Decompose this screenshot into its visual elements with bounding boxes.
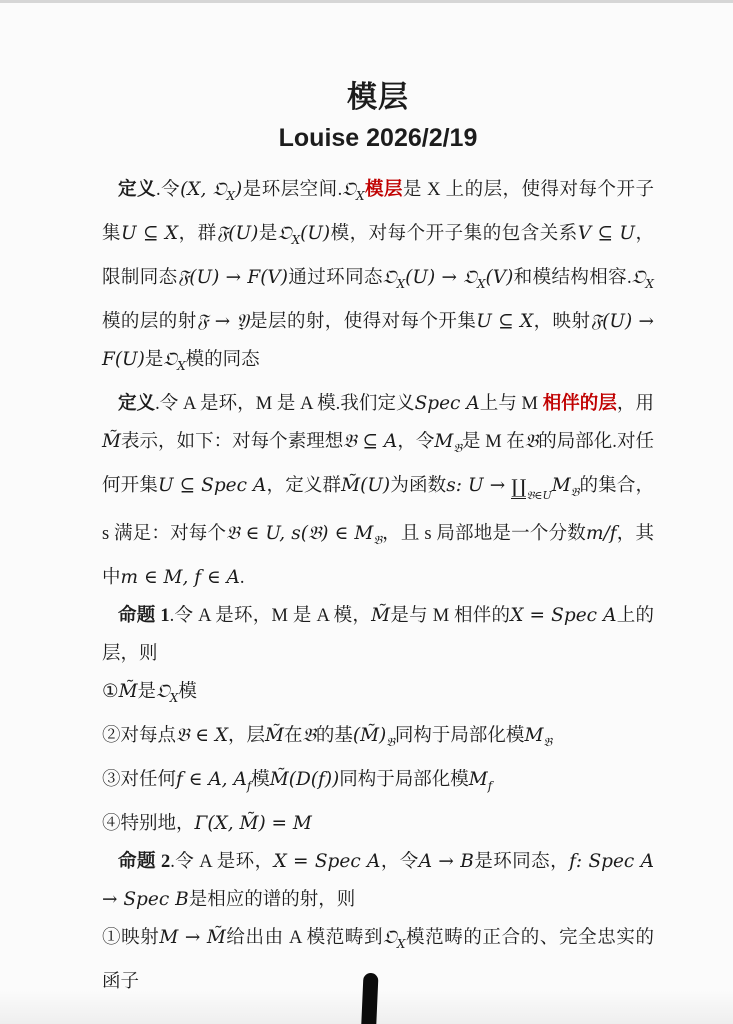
run-m: 𝔅 ∈ U, s(𝔅) ∈ M <box>226 523 373 544</box>
run-cn: 模的同态 <box>186 350 260 370</box>
run-bold: 命题 1 <box>118 606 170 626</box>
run-cn: 是层的射，使得对每个开集 <box>249 312 477 332</box>
run-sub: X <box>177 359 186 373</box>
run-m: 𝔅 ∈ X <box>176 725 228 746</box>
run-cn: ① <box>102 682 119 702</box>
run-m: 𝔅 <box>525 431 538 452</box>
run-m: 𝔉(U) → F(V) <box>178 267 288 288</box>
run-m: V ⊆ U <box>578 223 635 244</box>
run-bold: 命题 2 <box>118 852 170 872</box>
run-m: M̃ <box>119 681 138 702</box>
run-bold: 定义 <box>118 180 156 200</box>
run-sub: X <box>356 189 365 203</box>
run-cn: 给出由 A 模范畴到 <box>226 928 383 948</box>
run-sub: X <box>645 277 654 291</box>
prop1-item-1: ①M̃是𝔒X模 <box>102 673 654 717</box>
run-m: m/f <box>586 523 617 544</box>
run-m: (M̃) <box>353 725 386 746</box>
run-cn: 模 <box>251 770 270 790</box>
run-m: 𝔒 <box>342 179 356 200</box>
document-page: 模层 Louise 2026/2/19 定义.令(X, 𝔒X)是环层空间.𝔒X模… <box>0 0 733 1024</box>
run-cn: ④特别地， <box>102 814 195 834</box>
run-sub: X <box>477 277 486 291</box>
run-m: M <box>552 475 571 496</box>
run-m: 𝔒 <box>156 681 170 702</box>
run-cn: 为函数 <box>390 476 446 496</box>
run-m: (X, 𝔒 <box>180 179 226 200</box>
run-cn: ，层 <box>228 726 265 746</box>
run-cn: ②对每点 <box>102 726 176 746</box>
run-m: U ⊆ Spec A <box>158 475 266 496</box>
run-cn: ③对任何 <box>102 770 176 790</box>
run-m: M̃(D(f)) <box>270 769 340 790</box>
prop1-item-2: ②对每点𝔅 ∈ X，层M̃在𝔅的基(M̃)𝔅同构于局部化模M𝔅 <box>102 717 654 761</box>
coproduct-symbol: ∐𝔅∈U <box>511 476 551 496</box>
run-m: s: U → <box>446 475 511 496</box>
run-cn: 和模结构相容. <box>513 268 631 288</box>
prop2-item-1: ①映射M → M̃给出由 A 模范畴到𝔒X模范畴的正合的、完全忠实的函子 <box>102 919 654 1001</box>
run-cn: 模，对每个开子集的包含关系 <box>330 224 578 244</box>
document-content: 模层 Louise 2026/2/19 定义.令(X, 𝔒X)是环层空间.𝔒X模… <box>102 79 654 1001</box>
run-m: M → M̃ <box>159 927 225 948</box>
run-m: M <box>434 431 453 452</box>
run-cn: 同构于局部化模 <box>339 770 469 790</box>
run-m: Γ(X, M̃) = M <box>195 813 312 834</box>
run-m: 𝔒 <box>383 927 397 948</box>
ink-mark-artifact <box>361 973 379 1024</box>
run-cn: 是 <box>258 224 278 244</box>
run-bold: 定义 <box>118 394 155 414</box>
run-red: 相伴的层 <box>543 394 617 414</box>
run-cn: .令 A 是环， <box>170 852 273 872</box>
run-m: M <box>524 725 543 746</box>
run-cn: 表示，如下：对每个素理想 <box>121 432 343 452</box>
run-m: m ∈ M, f ∈ A <box>121 567 240 588</box>
run-m: 𝔒 <box>632 267 646 288</box>
run-red: 模层 <box>365 180 403 200</box>
document-body: 定义.令(X, 𝔒X)是环层空间.𝔒X模层是 X 上的层，使得对每个开子集U ⊆… <box>102 171 654 1001</box>
page-title: 模层 <box>102 79 654 117</box>
run-m: M̃ <box>102 431 121 452</box>
run-cn: ，用 <box>617 394 654 414</box>
run-cn: 是环层空间. <box>242 180 342 200</box>
prop1-item-4: ④特别地，Γ(X, M̃) = M <box>102 805 654 843</box>
run-cn: .令 <box>156 180 180 200</box>
run-sub: 𝔅 <box>453 441 462 455</box>
run-m: (U) → 𝔒 <box>405 267 477 288</box>
run-cn: 是与 M 相伴的 <box>390 606 510 626</box>
run-cn: ，令 <box>397 432 434 452</box>
run-m: M̃ <box>371 605 390 626</box>
run-m: U ⊆ X <box>121 223 178 244</box>
run-m: 𝔅 ⊆ A <box>343 431 397 452</box>
run-cn: ，且 s 局部地是一个分数 <box>382 524 586 544</box>
run-m: X = Spec A <box>510 605 616 626</box>
run-sub: X <box>397 277 406 291</box>
run-m: 𝔅 <box>302 725 315 746</box>
run-sub: X <box>226 189 235 203</box>
run-m: Spec A <box>415 393 480 414</box>
run-sub: 𝔅 <box>543 735 552 749</box>
run-cn: ，映射 <box>533 312 590 332</box>
run-cn: 在 <box>284 726 303 746</box>
run-cn: .令 A 是环，M 是 A 模.我们定义 <box>155 394 414 414</box>
run-cn: ，群 <box>178 224 217 244</box>
run-cn: 是 M 在 <box>462 432 525 452</box>
run-m: 𝔒 <box>383 267 397 288</box>
run-m: A → B <box>419 851 474 872</box>
run-m: U ⊆ X <box>476 311 533 332</box>
prop1-item-3: ③对任何f ∈ A, Af模M̃(D(f))同构于局部化模Mf <box>102 761 654 805</box>
run-m: M̃ <box>265 725 284 746</box>
run-sub: X <box>292 233 301 247</box>
run-cn: 上与 M <box>480 394 543 414</box>
page-subtitle: Louise 2026/2/19 <box>102 117 654 159</box>
run-cn: 通过环同态 <box>288 268 383 288</box>
run-cn: ，令 <box>380 852 418 872</box>
run-sub: 𝔅 <box>373 533 382 547</box>
run-sub: 𝔅 <box>386 735 395 749</box>
run-cn: 同构于局部化模 <box>395 726 525 746</box>
run-m: 𝔒 <box>278 223 292 244</box>
run-sub: f <box>488 779 492 793</box>
run-m: f ∈ A, A <box>176 769 247 790</box>
run-m: (V) <box>486 267 514 288</box>
proposition-2: 命题 2.令 A 是环，X = Spec A，令A → B是环同态，f: Spe… <box>102 843 654 919</box>
run-cn: .令 A 是环，M 是 A 模， <box>170 606 372 626</box>
run-m: 𝔉 → 𝔜 <box>197 311 249 332</box>
run-cn: 是相应的谱的射，则 <box>189 890 356 910</box>
run-m: M <box>469 769 488 790</box>
run-cn: ，定义群 <box>266 476 341 496</box>
run-cn: 模的层的射 <box>102 312 197 332</box>
run-cn: 的基 <box>316 726 353 746</box>
run-cn: 是 <box>145 350 164 370</box>
run-m: 𝔒 <box>163 349 177 370</box>
definition-1: 定义.令(X, 𝔒X)是环层空间.𝔒X模层是 X 上的层，使得对每个开子集U ⊆… <box>102 171 654 385</box>
proposition-1: 命题 1.令 A 是环，M 是 A 模，M̃是与 M 相伴的X = Spec A… <box>102 597 654 673</box>
run-cn: . <box>240 568 245 588</box>
run-m: M̃(U) <box>341 475 390 496</box>
definition-2: 定义.令 A 是环，M 是 A 模.我们定义Spec A上与 M 相伴的层，用M… <box>102 385 654 597</box>
run-cn: 是 <box>138 682 157 702</box>
run-cn: ①映射 <box>102 928 159 948</box>
run-cn: 模 <box>178 682 197 702</box>
run-m: (U) <box>300 223 330 244</box>
run-m: 𝔉(U) <box>217 223 259 244</box>
run-m: X = Spec A <box>274 851 381 872</box>
run-cn: 是环同态， <box>474 852 569 872</box>
